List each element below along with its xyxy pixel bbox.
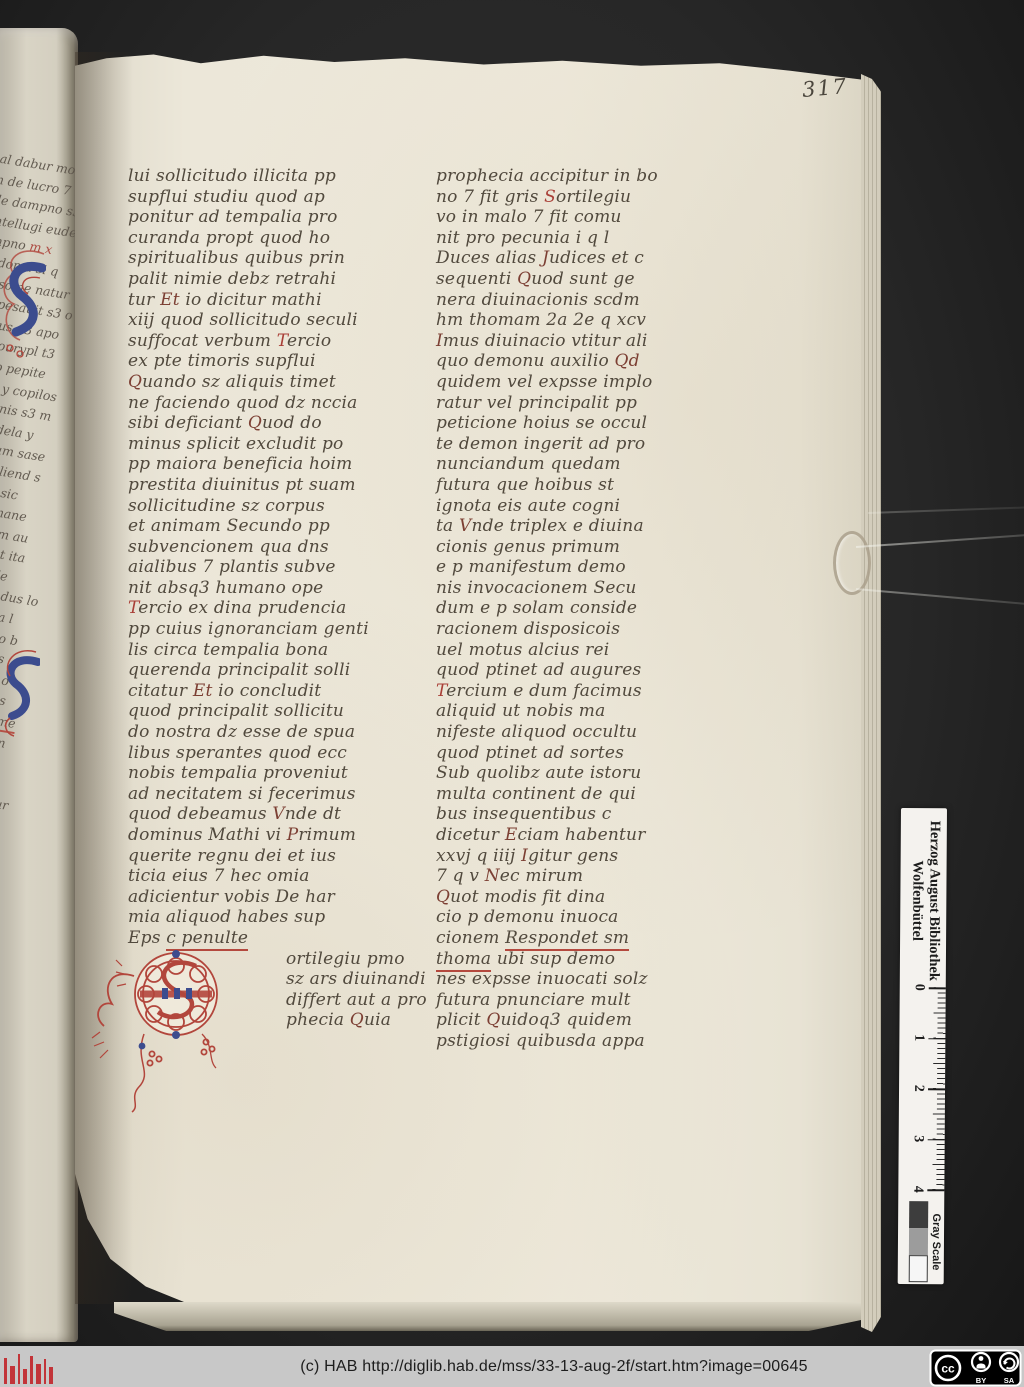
manuscript-text-line: curanda propt quod ho bbox=[128, 228, 420, 249]
ruler-cm-tick bbox=[928, 1139, 945, 1141]
manuscript-text-line: racionem disposicois bbox=[436, 619, 728, 640]
manuscript-text-line: pp cuius ignoranciam genti bbox=[128, 619, 420, 640]
manuscript-text-line: citatur Et io concludit bbox=[128, 681, 420, 702]
manuscript-text-line: nis invocacionem Secu bbox=[436, 578, 728, 599]
manuscript-text-line: vo in malo 7 fit comu bbox=[436, 207, 728, 228]
folio-number: 317 bbox=[801, 74, 849, 102]
ruler-cm-tick bbox=[928, 1038, 945, 1040]
manuscript-text-line: libus sperantes quod ecc bbox=[128, 743, 420, 764]
manuscript-text-line: ignota eis aute cogni bbox=[436, 496, 728, 517]
decorated-initial-s bbox=[82, 942, 234, 1114]
institution-name: Herzog August Bibliothek Wolfenbüttel bbox=[900, 808, 947, 985]
page-holder-clip bbox=[833, 531, 871, 595]
manuscript-text-line: multa continent de qui bbox=[436, 784, 728, 805]
manuscript-text-line: dicetur Eciam habentur bbox=[436, 825, 728, 846]
manuscript-text-line: nes expsse inuocati solz bbox=[436, 969, 728, 990]
scale-card-anchor: Herzog August Bibliothek Wolfenbüttel 01… bbox=[901, 808, 948, 1284]
footer-bar: (c) HAB http://diglib.hab.de/mss/33-13-a… bbox=[0, 1346, 1024, 1387]
manuscript-text-line: nobis tempalia proveniut bbox=[128, 763, 420, 784]
ruler-number: 1 bbox=[910, 1028, 926, 1048]
institution-line1: Herzog August Bibliothek bbox=[925, 816, 943, 985]
manuscript-text-line: e p manifestum demo bbox=[436, 557, 728, 578]
manuscript-text-line: cionis genus primum bbox=[436, 537, 728, 558]
manuscript-text-line: nera diuinacionis scdm bbox=[436, 290, 728, 311]
manuscript-text-line: plicit Quidoq3 quidem bbox=[436, 1010, 728, 1031]
manuscript-text-line: quo demonu auxilio Qd bbox=[436, 351, 728, 372]
manuscript-text-line: Sub quolibz aute istoru bbox=[436, 763, 728, 784]
gray-patch-white bbox=[909, 1255, 928, 1282]
manuscript-text-line: nit pro pecunia i q l bbox=[436, 228, 728, 249]
manuscript-text-line: xxvj q iiij Igitur gens bbox=[436, 846, 728, 867]
ruler-number: 2 bbox=[910, 1078, 926, 1098]
manuscript-text-line: Imus diuinacio vtitur ali bbox=[436, 331, 728, 352]
manuscript-text-line: et animam Secundo pp bbox=[128, 516, 420, 537]
red-calibration-mark bbox=[4, 1350, 53, 1384]
gray-scale-patches bbox=[909, 1200, 929, 1285]
by-label: BY bbox=[976, 1376, 986, 1385]
manuscript-text-line: ponitur ad tempalia pro bbox=[128, 207, 420, 228]
manuscript-text-line: Tercium e dum facimus bbox=[436, 681, 728, 702]
manuscript-text-line: bus insequentibus c bbox=[436, 804, 728, 825]
manuscript-text-line: hm thomam 2a 2e q xcv bbox=[436, 310, 728, 331]
manuscript-text-line: Quot modis fit dina bbox=[436, 887, 728, 908]
manuscript-text-line: quod ptinet ad sortes bbox=[436, 743, 728, 764]
manuscript-text-line: ex pte timoris supflui bbox=[128, 351, 420, 372]
manuscript-text-line: phecia Quia bbox=[286, 1010, 420, 1031]
manuscript-text-line: tur Et io dicitur mathi bbox=[128, 290, 420, 311]
manuscript-text-line: peticione hoius se occul bbox=[436, 413, 728, 434]
manuscript-text-line: lui sollicitudo illicita pp bbox=[128, 166, 420, 187]
manuscript-text-line: cio p demonu inuoca bbox=[436, 907, 728, 928]
manuscript-text-line: minus splicit excludit po bbox=[128, 434, 420, 455]
manuscript-text-line: dum e p solam conside bbox=[436, 598, 728, 619]
manuscript-text-line: pstigiosi quibusda appa bbox=[436, 1031, 728, 1052]
manuscript-text-line: futura pnunciare mult bbox=[436, 990, 728, 1011]
manuscript-text-line: nunciandum quedam bbox=[436, 454, 728, 475]
manuscript-text-line: supflui studiu quod ap bbox=[128, 187, 420, 208]
manuscript-text-line: sibi deficiant Quod do bbox=[128, 413, 420, 434]
ruler-cm-tick bbox=[927, 1189, 944, 1191]
manuscript-text-line: ta Vnde triplex e diuina bbox=[436, 516, 728, 537]
manuscript-text-line: quidem vel expsse implo bbox=[436, 372, 728, 393]
manuscript-text-line: nifeste aliquod occultu bbox=[436, 722, 728, 743]
manuscript-text-line: 7 q v Nec mirum bbox=[436, 866, 728, 887]
institution-line2: Wolfenbüttel bbox=[908, 816, 926, 985]
previous-page-edge: mal dabur moti mem de lucro 7 inteo de d… bbox=[0, 28, 78, 1342]
text-column-left: lui sollicitudo illicita ppsupflui studi… bbox=[128, 166, 420, 1031]
reference-scale-card: Herzog August Bibliothek Wolfenbüttel 01… bbox=[898, 808, 947, 1284]
manuscript-text-line: prestita diuinitus pt suam bbox=[128, 475, 420, 496]
cm-ruler: 01234 bbox=[898, 985, 945, 1200]
manuscript-text-line: differt aut a pro bbox=[286, 990, 420, 1011]
marginal-initial-blue-top bbox=[0, 248, 46, 364]
gray-patch-mid bbox=[909, 1228, 928, 1255]
cc-license-badge[interactable]: cc BY SA bbox=[929, 1349, 1022, 1387]
manuscript-text-line: Tercio ex dina prudencia bbox=[128, 598, 420, 619]
manuscript-text-line: adicientur vobis De har bbox=[128, 887, 420, 908]
copyright-url[interactable]: (c) HAB http://diglib.hab.de/mss/33-13-a… bbox=[300, 1358, 807, 1376]
manuscript-text-line: cionem Respondet sm bbox=[436, 928, 728, 949]
manuscript-text-line: futura que hoibus st bbox=[436, 475, 728, 496]
manuscript-text-line: ortilegiu pmo bbox=[286, 949, 420, 970]
manuscript-text-line: sollicitudine sz corpus bbox=[128, 496, 420, 517]
ruler-number: 3 bbox=[910, 1129, 926, 1149]
manuscript-text-line: aliquid ut nobis ma bbox=[436, 701, 728, 722]
manuscript-text-line: sequenti Quod sunt ge bbox=[436, 269, 728, 290]
manuscript-text-line: no 7 fit gris Sortilegiu bbox=[436, 187, 728, 208]
gray-scale-target: Gray Scale bbox=[898, 1199, 945, 1284]
manuscript-text-line: quod debeamus Vnde dt bbox=[128, 804, 420, 825]
ruler-cm-tick bbox=[928, 1088, 945, 1090]
manuscript-text-line: subvencionem qua dns bbox=[128, 537, 420, 558]
marginal-initial-blue-bottom bbox=[0, 648, 40, 738]
manuscript-text-line: quod ptinet ad augures bbox=[436, 660, 728, 681]
manuscript-text-line: querenda principalit solli bbox=[128, 660, 420, 681]
manuscript-text-line: ne faciendo quod dz nccia bbox=[128, 393, 420, 414]
holder-wire-bottom bbox=[856, 588, 1024, 605]
gray-patch-dark bbox=[909, 1201, 928, 1228]
holder-wire-faint bbox=[868, 506, 1024, 513]
digitized-manuscript-viewer: mal dabur moti mem de lucro 7 inteo de d… bbox=[0, 0, 1024, 1387]
ruler-number: 0 bbox=[911, 977, 927, 997]
manuscript-text-line: quod principalit sollicitu bbox=[128, 701, 420, 722]
ruler-number: 4 bbox=[909, 1179, 925, 1199]
manuscript-text-line: thoma ubi sup demo bbox=[436, 949, 728, 970]
gray-scale-label: Gray Scale bbox=[930, 1200, 943, 1285]
holder-wire-top bbox=[856, 534, 1024, 547]
text-column-right: prophecia accipitur in bono 7 fit gris S… bbox=[436, 166, 728, 1052]
manuscript-text-line: mia aliquod habes sup bbox=[128, 907, 420, 928]
svg-text:cc: cc bbox=[941, 1362, 955, 1376]
page-stack-edge-bottom bbox=[114, 1302, 861, 1331]
manuscript-text-line: dominus Mathi vi Primum bbox=[128, 825, 420, 846]
manuscript-text-line: suffocat verbum Tercio bbox=[128, 331, 420, 352]
ruler-cm-tick bbox=[929, 987, 946, 989]
manuscript-text-line: Duces alias Judices et c bbox=[436, 248, 728, 269]
manuscript-text-line: prophecia accipitur in bo bbox=[436, 166, 728, 187]
manuscript-text-line: sz ars diuinandi bbox=[286, 969, 420, 990]
manuscript-text-line: ticia eius 7 hec omia bbox=[128, 866, 420, 887]
manuscript-text-line: pp maiora beneficia hoim bbox=[128, 454, 420, 475]
manuscript-text-line: lis circa tempalia bona bbox=[128, 640, 420, 661]
manuscript-text-line: palit nimie debz retrahi bbox=[128, 269, 420, 290]
manuscript-text-line: xiij quod sollicitudo seculi bbox=[128, 310, 420, 331]
manuscript-text-line: spiritualibus quibus prin bbox=[128, 248, 420, 269]
manuscript-text-line: Quando sz aliquis timet bbox=[128, 372, 420, 393]
manuscript-text-line: ad necitatem si fecerimus bbox=[128, 784, 420, 805]
page-stack-edge-right bbox=[861, 74, 881, 1332]
manuscript-text-line: nit absq3 humano ope bbox=[128, 578, 420, 599]
manuscript-text-line: uel motus alcius rei bbox=[436, 640, 728, 661]
manuscript-text-line: aialibus 7 plantis subve bbox=[128, 557, 420, 578]
manuscript-text-line: querite regnu dei et ius bbox=[128, 846, 420, 867]
manuscript-text-line: do nostra dz esse de spua bbox=[128, 722, 420, 743]
manuscript-text-line: te demon ingerit ad pro bbox=[436, 434, 728, 455]
manuscript-text-line: ratur vel principalit pp bbox=[436, 393, 728, 414]
sa-label: SA bbox=[1004, 1376, 1015, 1385]
